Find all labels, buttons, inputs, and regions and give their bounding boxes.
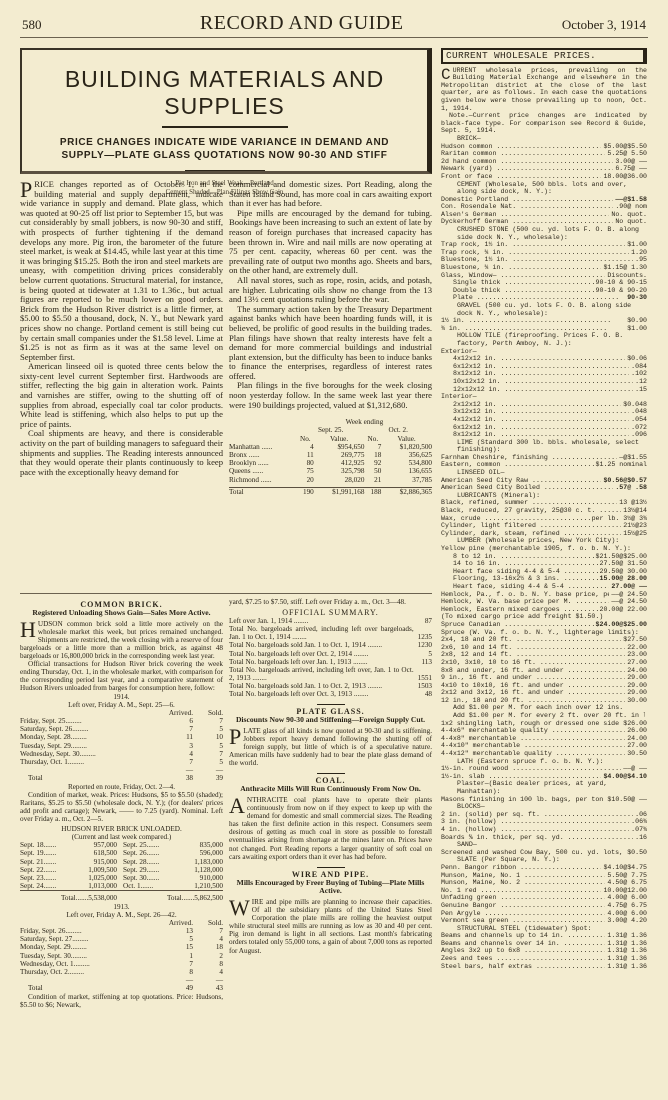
cell: 2 <box>193 952 223 960</box>
price-item-value: $0.56@$0.57 <box>601 477 647 485</box>
price-item-name: Pen Argyle .............................… <box>441 910 605 918</box>
price-item: 1½-in. round wood ......................… <box>441 765 647 773</box>
cell: 1 <box>149 952 193 960</box>
price-item: Plate ..................................… <box>441 294 647 302</box>
price-item-name: Flooring, 13-16x2½ & 3 ins. ............… <box>453 575 598 583</box>
table-row: Sept. 22.......1,009,500Sept. 29.......1… <box>20 866 223 874</box>
price-item-name: Plate ..................................… <box>453 294 619 302</box>
price-item: 4-4x8" merchantable ....................… <box>441 735 647 743</box>
drop-cap: W <box>229 899 250 917</box>
cell: 11 <box>297 451 314 459</box>
price-item: Dyckerhoff German ......................… <box>441 218 647 226</box>
paragraph: HUDSON common brick sold a little more a… <box>20 620 223 660</box>
price-item: Farnham Cheshire, finishing ............… <box>441 454 647 462</box>
price-item-value: 30.00 <box>625 697 647 705</box>
price-item: Hudson common ..........................… <box>441 143 647 151</box>
price-item-value: 29.00 <box>625 674 647 682</box>
cell: 7 <box>151 725 193 733</box>
price-item-name: Vermont sea green ......................… <box>441 917 605 925</box>
price-item-name: Wax, crude .............................… <box>441 515 590 523</box>
price-item-value: 23.00 <box>625 651 647 659</box>
cell: 7 <box>151 758 193 766</box>
price-section-head: SAND— <box>441 841 647 849</box>
price-item-name: 14 to 16 in. ...........................… <box>453 560 598 568</box>
price-item: 3x12x12 in. ............................… <box>441 408 647 416</box>
price-item-name: Spruce Canadian ........................… <box>441 621 594 629</box>
price-item-name: Munson, Maine, No. 2 ...................… <box>441 879 605 887</box>
paragraph: The summary action taken by the Treasury… <box>229 305 432 382</box>
divider <box>185 170 265 171</box>
price-section-head: GRAVEL (500 cu. yd. lots F. O. B. along … <box>441 302 647 317</box>
table-title: HUDSON RIVER BRICK UNLOADED. <box>20 825 223 833</box>
price-item: Cylinder, dark, steam, refined .........… <box>441 530 647 538</box>
table-row: Sept. 19.......618,500Sept. 26.......596… <box>20 849 223 857</box>
cell: 37,785 <box>381 476 432 484</box>
price-item-value: ——@ 24.50 <box>609 598 647 606</box>
price-item-value <box>645 545 647 553</box>
cell: 39 <box>193 774 223 782</box>
price-item-value: 30.50 <box>625 750 647 758</box>
price-item-name: Angles 3x2 up to 6x8 ...................… <box>441 947 605 955</box>
price-item-value: 4.00@ 6.00 <box>605 894 647 902</box>
price-item: Trap rock, ¾ in. .......................… <box>441 249 647 257</box>
price-item-value: .57@ .58 <box>613 484 647 492</box>
summary-value: 1503 <box>414 682 432 690</box>
price-item-value: $0.048 <box>621 401 647 409</box>
price-item-value: 29.00 <box>625 682 647 690</box>
official-summary-list: Left over Jan. 1, 1914 ........87Total N… <box>229 617 432 698</box>
cell: 596,000 <box>180 849 223 857</box>
price-item-name: Add $1.00 per M. for every 2 ft. over 20… <box>453 712 645 720</box>
price-item-name: Heart face siding 4-4 & 5-4 ............… <box>453 568 598 576</box>
summary-label: Total No. bargeloads sold Jan. 1 to Oct.… <box>229 682 414 690</box>
price-item: 6x12x12 in. ............................… <box>441 424 647 432</box>
price-item-value <box>645 348 647 356</box>
price-item: Boards ⅝ in. thick, per sq. yd. ........… <box>441 834 647 842</box>
table-row: Manhattan ......4$954,6507$1,820,500 <box>229 443 432 451</box>
price-item-name: Steel bars, half extras ................… <box>441 963 605 971</box>
price-item: Alsen's German .........................… <box>441 211 647 219</box>
table-row: Thursday, Oct. 1.........75 <box>20 758 223 766</box>
price-item-name: Screened and washed Cow Bay, 500 cu. yd.… <box>441 849 625 857</box>
price-item-value: 15.00@ 28.00 <box>598 575 647 583</box>
price-section-head: STRUCTURAL STEEL (tidewater) Spot: <box>441 925 647 933</box>
summary-label: Total No. bargeloads left over Jan. 1, 1… <box>229 658 417 666</box>
price-section-head: Plaster—(Basic dealer prices, at yard, M… <box>441 780 647 795</box>
price-section-head: BRICK— <box>441 135 647 143</box>
summary-label: Left over Jan. 1, 1914 ........ <box>229 617 421 625</box>
cell: Saturday, Sept. 27......... <box>20 935 149 943</box>
price-item-name: Alsen's German .........................… <box>441 211 609 219</box>
cell: 4 <box>297 443 314 451</box>
price-item: 2x12 and 3x12, 16 ft. and under ........… <box>441 689 647 697</box>
wholesale-prices-column: CURRENT WHOLESALE PRICES. CURRENT wholes… <box>441 48 647 970</box>
price-item-name: Bluestone, ¾ in. .......................… <box>441 264 601 272</box>
prices-box-title: CURRENT WHOLESALE PRICES. <box>441 48 647 64</box>
price-item: Add $1.00 per M. for each inch over 12 i… <box>441 704 647 712</box>
price-item: Eastern, common ........................… <box>441 461 647 469</box>
price-item: 1½ in. .................................… <box>441 317 647 325</box>
price-item-name: 2x12 and 3x12, 16 ft. and under ........… <box>441 689 625 697</box>
price-item-name: 3x12x12 in. ............................… <box>453 408 629 416</box>
paragraph: Condition of market, weak. Prices: Hudso… <box>20 791 223 823</box>
cell: 618,500 <box>74 849 117 857</box>
price-item: Penn. Bangor ribbon ....................… <box>441 864 647 872</box>
cell: 28,020 <box>314 476 365 484</box>
article-column-1: PRICE changes reported as of October 1, … <box>20 180 223 477</box>
paragraph: Pipe mills are encouraged by the demand … <box>229 209 432 276</box>
paragraph-text: LATE glass of all kinds is now quoted at… <box>229 727 432 767</box>
price-sections: BRICK—Hudson common ....................… <box>441 135 647 970</box>
cell: 1,210,500 <box>180 882 223 891</box>
price-item-value: 13½@14 <box>621 507 647 515</box>
summary-row: Total No. bargeloads left over Oct. 2, 1… <box>229 650 432 658</box>
cell: 5,862,500 <box>194 894 223 902</box>
summary-label: Total No. bargeloads arrived, including … <box>229 666 414 682</box>
cell: 7 <box>193 927 223 935</box>
price-item-name: 12 in., 18 and 20 ft. ..................… <box>441 697 625 705</box>
price-item-name: Hemlock, Eastern mixed cargoes .........… <box>441 606 598 614</box>
price-item-value: $1.00 <box>625 325 647 333</box>
price-item-value: $1.25 nominal <box>594 461 647 469</box>
price-item: Hemlock, W. Va. base price per M. ......… <box>441 598 647 606</box>
summary-value: 5 <box>424 650 432 658</box>
column-4: yard, $7.25 to $7.50, stiff. Left over F… <box>229 598 432 955</box>
price-item-value: .102 <box>629 370 647 378</box>
price-item-value: 1.31@ 1.36 <box>605 932 647 940</box>
price-item-name: American Seed City Boiled ..............… <box>441 484 613 492</box>
price-item: Masons finishing in 100 lb. bags, per to… <box>441 796 647 804</box>
price-item-value: No quot. <box>613 218 647 226</box>
cell: Sept. 21....... <box>20 858 74 866</box>
cell: 7 <box>364 443 381 451</box>
cell: Thursday, Oct. 1......... <box>20 758 151 766</box>
section-rule <box>20 593 432 594</box>
period-header: Sept. 25. <box>297 426 365 434</box>
cell: 92 <box>364 459 381 467</box>
price-item: 8 to 12 in. ............................… <box>441 553 647 561</box>
price-item-value: $0.90 <box>625 317 647 325</box>
summary-value: 87 <box>421 617 432 625</box>
price-item-value: .054 <box>629 416 647 424</box>
price-item-name: 2x12x12 in. ............................… <box>453 401 621 409</box>
price-item-value: .06 <box>633 811 647 819</box>
cell: Total <box>20 774 151 782</box>
price-item-name: 1½-in. round wood ......................… <box>441 765 621 773</box>
price-item-value: 3.00@ 4.20 <box>605 917 647 925</box>
cell: Sept. 18....... <box>20 841 74 849</box>
article-column-2: commercial and domestic sizes. Port Read… <box>229 180 432 496</box>
price-item-name: Con. Rosendale Nat. ....................… <box>441 203 613 211</box>
brick-unloaded-table: Sept. 18.......957,000Sept. 25.......835… <box>20 841 223 902</box>
price-item: Double thick ...........................… <box>441 287 647 295</box>
price-item: Beams and channels over 14 in. .........… <box>441 940 647 948</box>
cell: 7 <box>193 717 223 725</box>
cell: 7 <box>193 750 223 758</box>
price-item-name: 2x10, 3x10, 10 to 16 ft. ...............… <box>441 659 625 667</box>
price-item: Bluestone, ¾ in. .......................… <box>441 264 647 272</box>
paragraph: Condition of market, stiffening at top q… <box>20 993 223 1009</box>
price-item-value: 1.31@ 1.36 <box>605 963 647 971</box>
paragraph-text: RICE changes reported as of October 1, i… <box>20 179 223 362</box>
table-row: Brooklyn ......80412,92592534,800 <box>229 459 432 467</box>
section-subhead: Registered Unloading Shows Gain—Sales Mo… <box>20 609 223 618</box>
price-item-name: 3 in. (hollow) .........................… <box>441 818 629 826</box>
paragraph-text: IRE and pipe mills are planning to incre… <box>229 898 432 955</box>
cell: 1,128,000 <box>180 866 223 874</box>
price-item-value: ——@ 24.50 <box>609 591 647 599</box>
price-item: 4-4x12" merchantable quality ...........… <box>441 750 647 758</box>
price-item: 2x12x12 in. ............................… <box>441 401 647 409</box>
drop-cap: C <box>441 68 451 82</box>
cell: 3 <box>151 742 193 750</box>
drop-cap: P <box>20 181 32 199</box>
cell: Total <box>20 984 149 992</box>
price-item: 2d hand common .........................… <box>441 158 647 166</box>
price-section-head: LATH (Eastern spruce f. o. b. N. Y.): <box>441 758 647 766</box>
summary-label: Total No. bargeloads sold Jan. 1 to Oct.… <box>229 641 414 649</box>
price-item: 10x12x12 in. ...........................… <box>441 378 647 386</box>
price-item: ¾ in. ..................................… <box>441 325 647 333</box>
paragraph: All naval stores, such as rope, rosin, a… <box>229 276 432 305</box>
table-group-header: Week ending <box>297 418 432 426</box>
cell: 80 <box>297 459 314 467</box>
cell: 8 <box>193 960 223 968</box>
cell: 50 <box>364 467 381 475</box>
price-item-name: Heart face, siding 4-4 & 5-4 ...........… <box>453 583 609 591</box>
price-item: 4x12x12 in. ............................… <box>441 416 647 424</box>
price-item: Flooring, 13-16x2½ & 3 ins. ............… <box>441 575 647 583</box>
price-item: Heart face, siding 4-4 & 5-4 ...........… <box>441 583 647 591</box>
summary-row: Total No. bargeloads arrived, including … <box>229 625 432 641</box>
price-item-value: .048 <box>629 408 647 416</box>
cell: Oct. 1....... <box>117 882 180 891</box>
price-item-name: ¾ in. ..................................… <box>441 325 607 333</box>
price-item: Exterior— <box>441 348 647 356</box>
price-item-value: $1.15@ 1.30 <box>601 264 647 272</box>
cell: 4 <box>193 935 223 943</box>
price-item-value: 5.50@ 7.75 <box>605 872 647 880</box>
table-row: Wednesday, Oct. 1.........78 <box>20 960 223 968</box>
year-label: 1913. <box>20 903 223 911</box>
section-title: OFFICIAL SUMMARY. <box>229 609 432 617</box>
price-item-value: 4.50@ 6.75 <box>605 879 647 887</box>
column-header: Value. <box>314 435 365 443</box>
price-item-value: 29.50@ 30.00 <box>598 568 647 576</box>
price-item-name: Black, reduced, 27 gravity, 25@30 c. t. … <box>441 507 621 515</box>
cell: Tuesday, Sept. 29......... <box>20 742 151 750</box>
price-item-value: 1.31@ 1.36 <box>605 947 647 955</box>
price-item-value: 27.00 <box>625 742 647 750</box>
price-item-value: 5.25@ 5.50 <box>605 150 647 158</box>
price-item-value <box>645 712 647 720</box>
cell: 13 <box>149 927 193 935</box>
cell: 5 <box>193 725 223 733</box>
table-total-row: Total 190 $1,991,168 188 $2,886,365 <box>229 487 432 496</box>
brick-transactions-1913: Arrived.Sold. Friday, Sept. 26.........1… <box>20 919 223 993</box>
price-item-value: 90-10 & 90-15 <box>594 279 647 287</box>
cell: 190 <box>297 487 314 496</box>
price-item-value <box>645 393 647 401</box>
price-item: 8x12x12 in. ............................… <box>441 370 647 378</box>
cell: Sept. 26....... <box>117 849 180 857</box>
price-item-name: No. 1 red ..............................… <box>441 887 601 895</box>
price-item-name: Boards ⅝ in. thick, per sq. yd. ........… <box>441 834 633 842</box>
price-item-value: $10.50@ —— <box>605 796 647 804</box>
cell: Sept. 22....... <box>20 866 74 874</box>
price-item-name: Newark (yard) ..........................… <box>441 165 613 173</box>
price-item: Con. Rosendale Nat. ....................… <box>441 203 647 211</box>
paragraph-text: URRENT wholesale prices, prevailing on t… <box>441 67 647 112</box>
price-item: Zees and tees ..........................… <box>441 955 647 963</box>
cell: Richmond ...... <box>229 476 297 484</box>
common-brick-section: COMMON BRICK. Registered Unloading Shows… <box>20 598 223 1009</box>
section-subhead: Anthracite Mills Will Run Continuously F… <box>229 785 432 794</box>
price-item-value: 27.00 <box>625 659 647 667</box>
price-item: Munson, Maine, No. 1 ...................… <box>441 872 647 880</box>
price-item-value: .16 <box>633 834 647 842</box>
price-item: 8x12x12 in. ............................… <box>441 431 647 439</box>
cell: $1,991,168 <box>314 487 365 496</box>
table-row: Friday, Sept. 25.........67 <box>20 717 223 725</box>
price-item-value <box>645 629 647 637</box>
price-item-name: 6x12x12 in. ............................… <box>453 424 629 432</box>
price-item-name: American Seed City Raw .................… <box>441 477 601 485</box>
cell: 43 <box>193 984 223 992</box>
section-subhead: Mills Encouraged by Freer Buying of Tubi… <box>229 879 432 896</box>
price-item: American Seed City Boiled ..............… <box>441 484 647 492</box>
price-item-value: 26.00 <box>625 727 647 735</box>
table-row: Saturday, Sept. 26.........75 <box>20 725 223 733</box>
price-item-name: Hudson common ..........................… <box>441 143 601 151</box>
table-row: Bronx ......11269,77518356,625 <box>229 451 432 459</box>
price-item-name: Raritan common .........................… <box>441 150 605 158</box>
cell: Sept. 29....... <box>117 866 180 874</box>
price-section-head: CRUSHED STONE (500 cu. yd. lots F. O. B.… <box>441 226 647 241</box>
summary-value: 1230 <box>414 641 432 649</box>
price-item: Glass, Window— .........................… <box>441 272 647 280</box>
paragraph: yard, $7.25 to $7.50, stiff. Left over F… <box>229 598 432 606</box>
table-row: Friday, Sept. 26.........137 <box>20 927 223 935</box>
cell: 1,183,000 <box>180 858 223 866</box>
page-header: 580 RECORD AND GUIDE October 3, 1914 <box>22 12 646 34</box>
column-header: Sold. <box>193 709 223 717</box>
price-item-value: .15 <box>633 386 647 394</box>
headline: BUILDING MATERIALS AND SUPPLIES <box>22 66 427 120</box>
cell: Brooklyn ...... <box>229 459 297 467</box>
price-item: 4 in. (hollow) .........................… <box>441 826 647 834</box>
price-item: Trap rock, 1½ in. ......................… <box>441 241 647 249</box>
paragraph: American linseed oil is quoted three cen… <box>20 362 223 429</box>
price-item-name: Add $1.00 per M. for each inch over 12 i… <box>453 704 623 712</box>
price-item-name: 4-4x8" merchantable ....................… <box>441 735 625 743</box>
cell: Manhattan ...... <box>229 443 297 451</box>
price-item: 2x4, 18 and 20 ft. .....................… <box>441 636 647 644</box>
price-item-value: 90-30 <box>625 294 647 302</box>
price-item-name: Domestic Portland ......................… <box>441 196 613 204</box>
publication-title: RECORD AND GUIDE <box>200 12 404 35</box>
price-item-value: ——@ —— <box>621 765 647 773</box>
price-item-name: Trap rock, ¾ in. .......................… <box>441 249 629 257</box>
cell: 269,775 <box>314 451 365 459</box>
cell: 5 <box>193 742 223 750</box>
price-item: Black, refined, summer .................… <box>441 499 647 507</box>
table-row: Sept. 18.......957,000Sept. 25.......835… <box>20 841 223 849</box>
cell: 534,800 <box>381 459 432 467</box>
prices-intro: CURRENT wholesale prices, prevailing on … <box>441 67 647 113</box>
price-item-value: ——@$1.58 <box>613 196 647 204</box>
summary-row: Total No. bargeloads sold Jan. 1 to Oct.… <box>229 641 432 649</box>
cell: 18 <box>193 943 223 951</box>
summary-label: Total No. bargeloads arrived, including … <box>229 625 414 641</box>
price-item-value: 15½@25 <box>621 530 647 538</box>
cell: 1,009,500 <box>74 866 117 874</box>
year-label: 1914. <box>20 693 223 701</box>
price-item-value: $27.50 <box>621 636 647 644</box>
cell: 412,925 <box>314 459 365 467</box>
price-item-name: 1½-in. slab ............................… <box>441 773 601 781</box>
price-item-value: 1.31@ 1.36 <box>605 955 647 963</box>
cell: 1,025,000 <box>74 874 117 882</box>
cell: Sept. 25....... <box>117 841 180 849</box>
divider <box>317 773 345 774</box>
cell: 5,538,000 <box>88 894 117 902</box>
table-row: Tuesday, Sept. 30.........12 <box>20 952 223 960</box>
cell: 5 <box>193 758 223 766</box>
divider <box>317 867 345 868</box>
price-item-value: 1.20 <box>629 249 647 257</box>
price-item: Interior— <box>441 393 647 401</box>
price-item-name: Front or face ..........................… <box>441 173 601 181</box>
cell: 835,000 <box>180 841 223 849</box>
price-section-head: BLOCKS— <box>441 803 647 811</box>
price-item-name: Beams and channels over 14 in. .........… <box>441 940 605 948</box>
plan-filings-table: Week ending Sept. 25.Oct. 2. No.Value.No… <box>229 418 432 496</box>
price-item: 8x8 and under, 16 ft. and under ........… <box>441 667 647 675</box>
cell: Saturday, Sept. 26......... <box>20 725 151 733</box>
cell: Monday, Sept. 28......... <box>20 733 151 741</box>
price-item-value: —@$1.55 <box>617 454 647 462</box>
cell: 15 <box>149 943 193 951</box>
price-item-value <box>645 704 647 712</box>
price-item: Newark (yard) ..........................… <box>441 165 647 173</box>
price-item-value: $4.10@$4.75 <box>601 864 647 872</box>
price-item-value: 27.00@ —— <box>609 583 647 591</box>
price-item: 1x2 shingling lath, rough or dressed one… <box>441 720 647 728</box>
price-item-name: Trap rock, 1½ in. ......................… <box>441 241 625 249</box>
cell: 49 <box>149 984 193 992</box>
price-item: Heart face siding 4-4 & 5-4 ............… <box>441 568 647 576</box>
price-item: Unfading green .........................… <box>441 894 647 902</box>
summary-label: Total No. bargeloads left over Oct. 2, 1… <box>229 650 424 658</box>
price-item-name: (To mixed cargo price add freight $1.50.… <box>441 613 603 621</box>
price-item-name: Masons finishing in 100 lb. bags, per to… <box>441 796 605 804</box>
price-item-value: 24.00 <box>625 735 647 743</box>
cell: 21 <box>364 476 381 484</box>
table-subtitle: (Current and last week compared.) <box>20 833 223 841</box>
table-row: Monday, Sept. 28.........1110 <box>20 733 223 741</box>
price-item-value: $21.50@$25.00 <box>594 553 647 561</box>
cell: Sept. 23....... <box>20 874 74 882</box>
price-item-name: Farnham Cheshire, finishing ............… <box>441 454 617 462</box>
price-item-name: 4x12x12 in. ............................… <box>453 416 629 424</box>
price-item: Spruce Canadian ........................… <box>441 621 647 629</box>
cell: Wednesday, Oct. 1......... <box>20 960 149 968</box>
price-item: Steel bars, half extras ................… <box>441 963 647 971</box>
table-total-row: Total.......5,538,000 Total.......5,862,… <box>20 891 223 903</box>
price-item-value: 10.00@12.00 <box>601 887 647 895</box>
price-item-name: 2x6, 10 and 14 ft. .....................… <box>441 644 625 652</box>
